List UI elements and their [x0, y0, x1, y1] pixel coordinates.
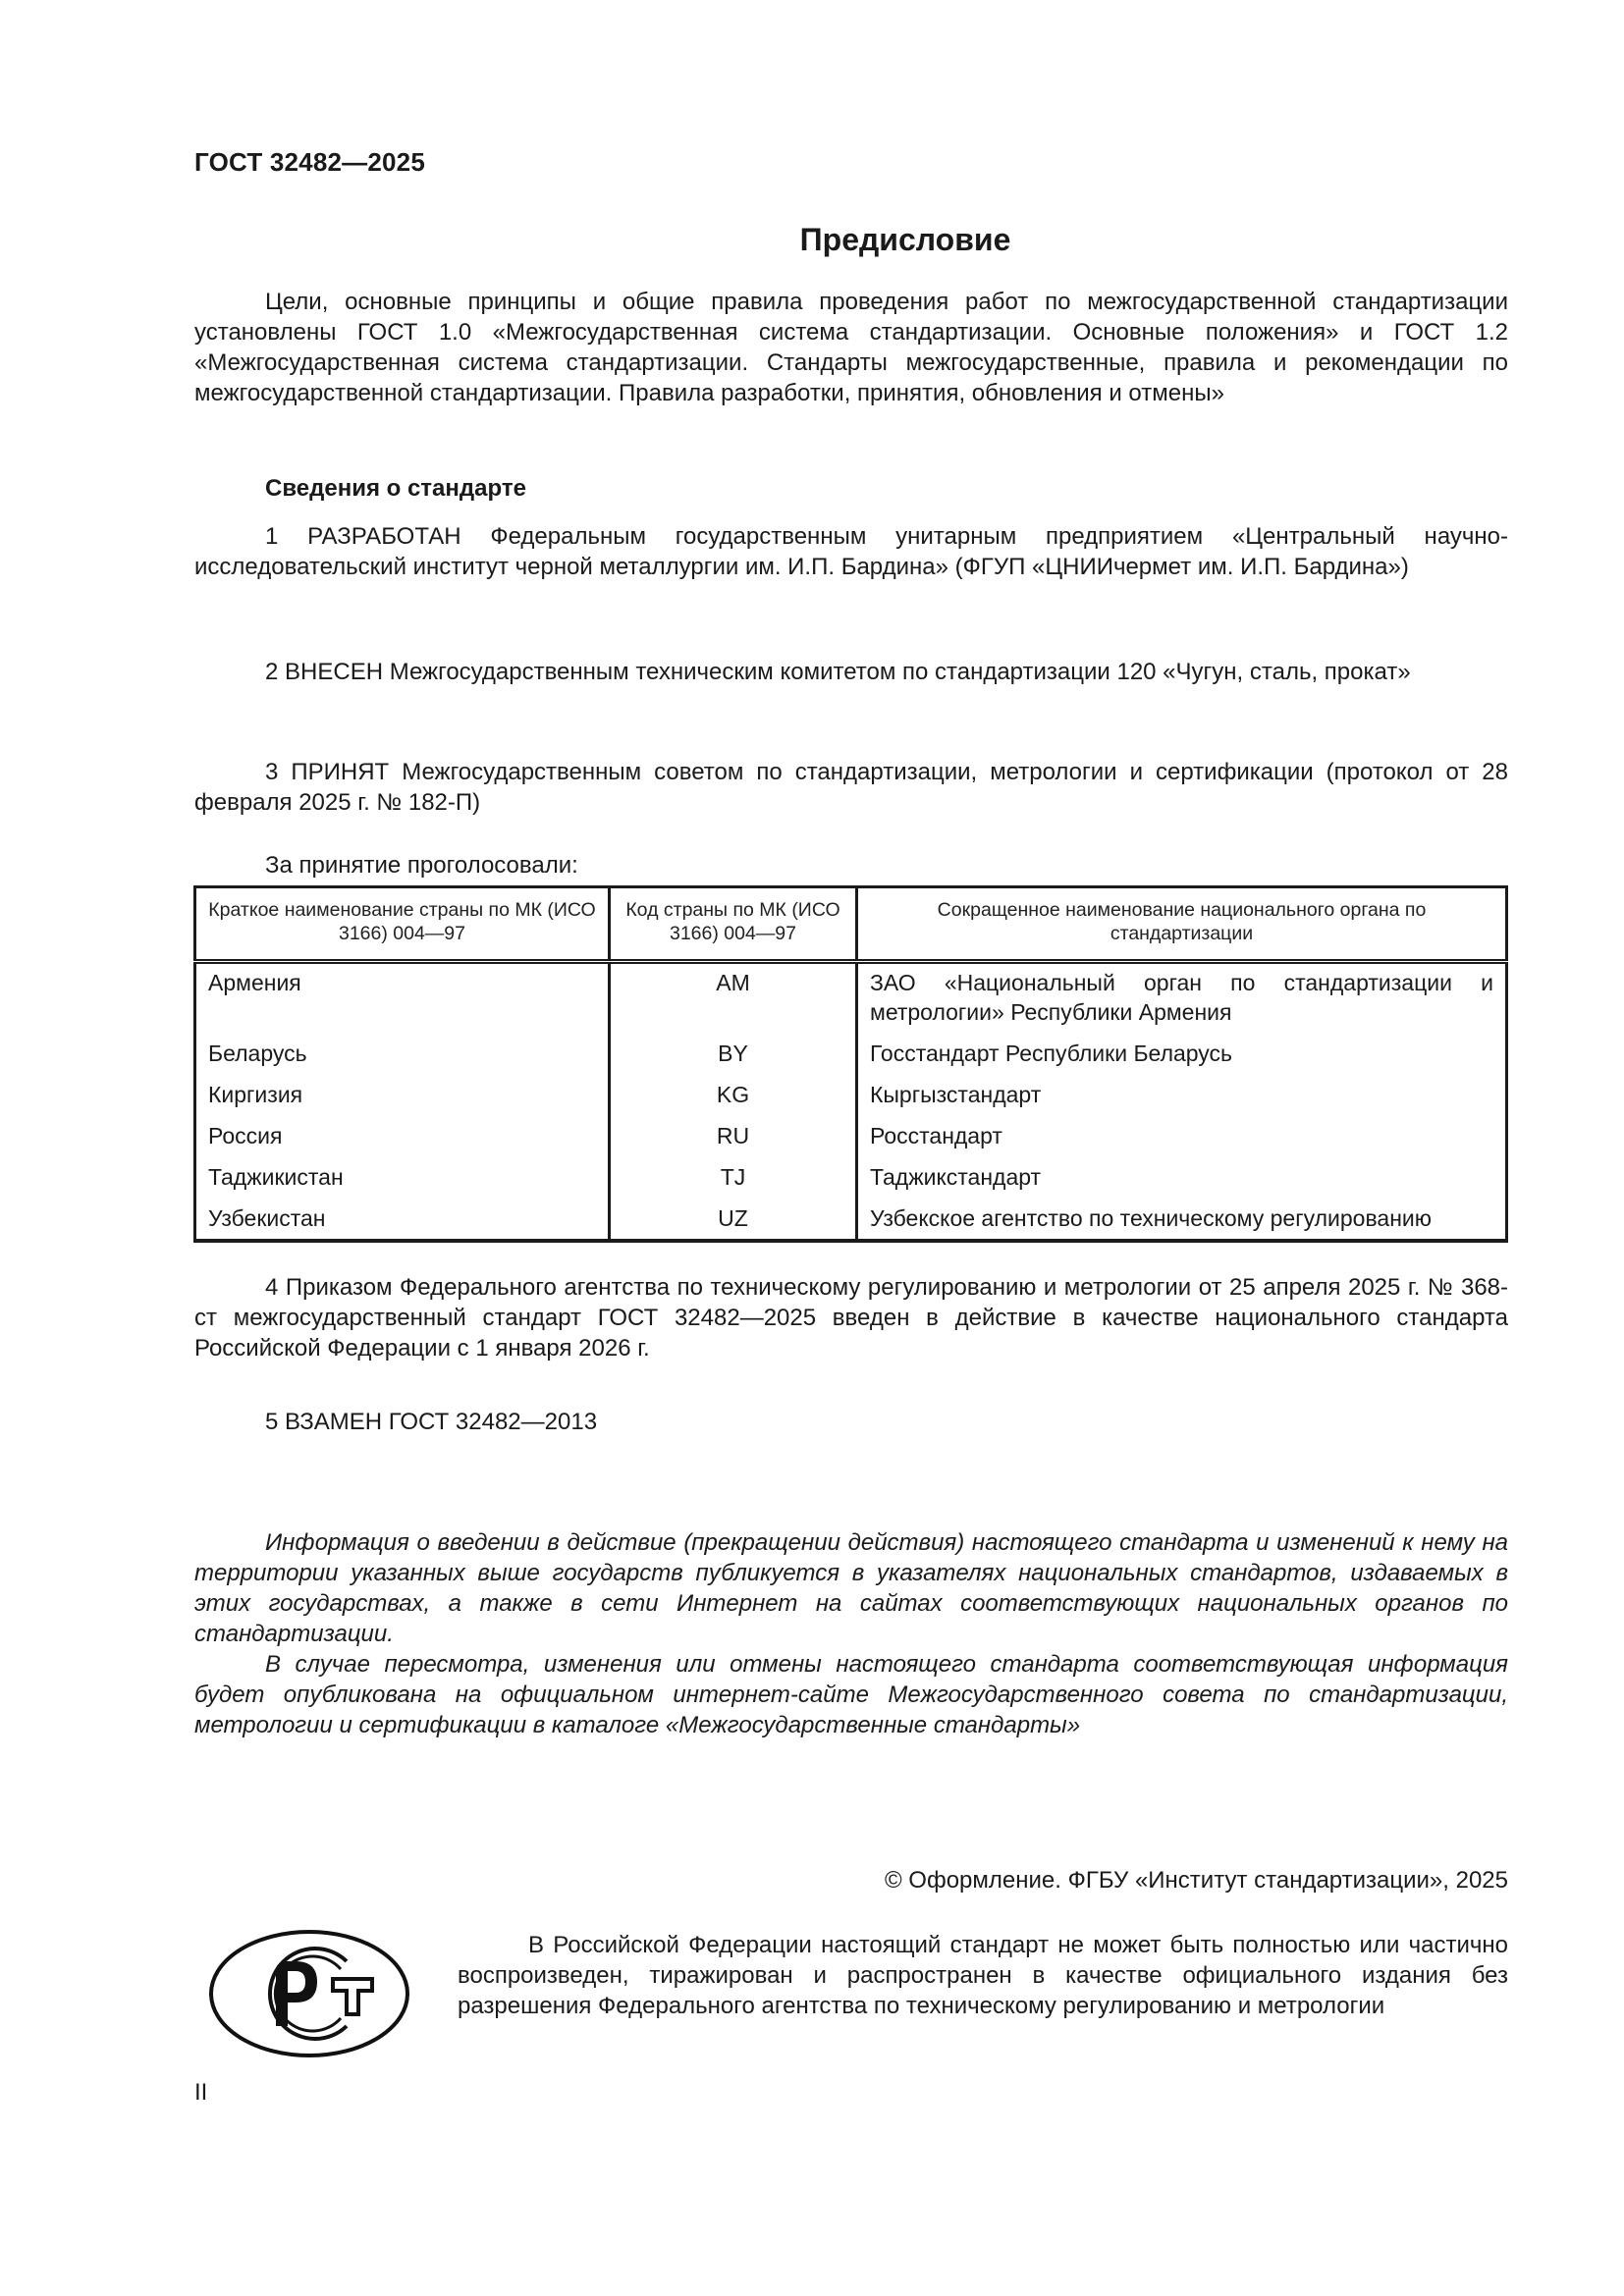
item-submitted: 2 ВНЕСЕН Межгосударственным техническим … [194, 657, 1508, 687]
header-country: Краткое наименование страны по МК (ИСО 3… [195, 887, 610, 962]
item-enacted: 4 Приказом Федерального агентства по тех… [194, 1272, 1508, 1363]
cell-country: Россия [195, 1121, 610, 1162]
copyright: © Оформление. ФГБУ «Институт стандартиза… [885, 1867, 1508, 1895]
document-code: ГОСТ 32482—2025 [194, 147, 425, 178]
cell-body: Госстандарт Республики Беларусь [857, 1039, 1507, 1080]
cell-body: Узбекское агентство по техническому регу… [857, 1203, 1507, 1241]
table-row: БеларусьBYГосстандарт Республики Беларус… [195, 1039, 1507, 1080]
cell-code: BY [610, 1039, 857, 1080]
cell-country: Беларусь [195, 1039, 610, 1080]
cell-country: Киргизия [195, 1080, 610, 1121]
cell-code: UZ [610, 1203, 857, 1241]
cell-country: Армения [195, 962, 610, 1040]
info-note-revision: В случае пересмотра, изменения или отмен… [194, 1649, 1508, 1740]
item-replaces: 5 ВЗАМЕН ГОСТ 32482—2013 [194, 1407, 1508, 1437]
table-row: АрменияAMЗАО «Национальный орган по стан… [195, 962, 1507, 1040]
page-number: II [194, 2079, 207, 2107]
cell-body: Кыргызстандарт [857, 1080, 1507, 1121]
item-adopted: 3 ПРИНЯТ Межгосударственным советом по с… [194, 757, 1508, 818]
reproduction-notice: В Российской Федерации настоящий стандар… [458, 1930, 1508, 2021]
header-code: Код страны по МК (ИСО 3166) 004—97 [610, 887, 857, 962]
cell-code: AM [610, 962, 857, 1040]
rst-mark-icon [207, 1928, 411, 2059]
cell-code: KG [610, 1080, 857, 1121]
table-row: УзбекистанUZУзбекское агентство по техни… [195, 1203, 1507, 1241]
info-note-publication: Информация о введении в действие (прекра… [194, 1527, 1508, 1649]
table-row: РоссияRUРосстандарт [195, 1121, 1507, 1162]
table-row: ТаджикистанTJТаджикстандарт [195, 1162, 1507, 1203]
page-title: Предисловие [0, 222, 1624, 258]
intro-paragraph: Цели, основные принципы и общие правила … [194, 287, 1508, 408]
voting-countries-table: Краткое наименование страны по МК (ИСО 3… [193, 885, 1508, 1243]
table-header-row: Краткое наименование страны по МК (ИСО 3… [195, 887, 1507, 962]
item-developed: 1 РАЗРАБОТАН Федеральным государственным… [194, 521, 1508, 582]
cell-body: ЗАО «Национальный орган по стандартизаци… [857, 962, 1507, 1040]
cell-country: Таджикистан [195, 1162, 610, 1203]
vote-intro: За принятие проголосовали: [265, 852, 578, 880]
cell-country: Узбекистан [195, 1203, 610, 1241]
cell-code: RU [610, 1121, 857, 1162]
section-heading: Сведения о стандарте [265, 475, 526, 503]
cell-body: Таджикстандарт [857, 1162, 1507, 1203]
header-body: Сокращенное наименование национального о… [857, 887, 1507, 962]
info-notes: Информация о введении в действие (прекра… [194, 1527, 1508, 1740]
table-row: КиргизияKGКыргызстандарт [195, 1080, 1507, 1121]
cell-body: Росстандарт [857, 1121, 1507, 1162]
cell-code: TJ [610, 1162, 857, 1203]
